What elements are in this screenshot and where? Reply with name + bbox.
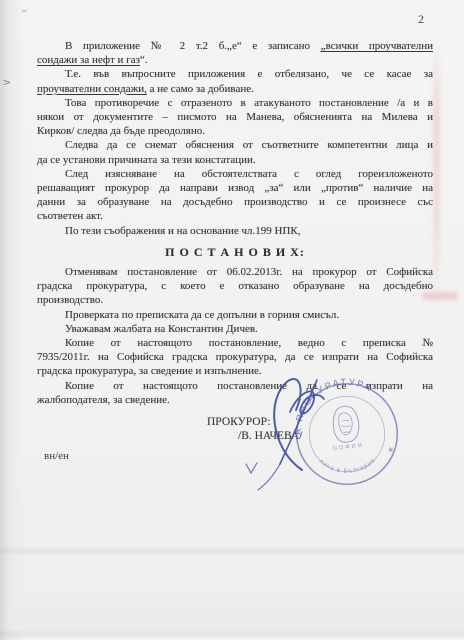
document-paragraph: По тези съображения и на основание чл.19…	[37, 224, 433, 238]
text-segment: а не само за добиване.	[147, 83, 254, 95]
scanned-document-page: ~ > · 2 В приложение № 2 т.2 б.„е“ е зап…	[0, 0, 464, 640]
text-segment: Уважавам жалбата на Константин Дичев.	[65, 323, 258, 335]
underlined-text: „всички проучвателни	[321, 40, 433, 52]
text-segment: В приложение № 2 т.2 б.„е“ е записано	[65, 40, 321, 52]
text-segment: По тези съображения и на основание чл.19…	[65, 225, 301, 237]
paper-crease	[0, 628, 464, 640]
text-segment: Т.е. във въпросните приложения е отбеляз…	[65, 68, 433, 80]
postanovih-heading: П О С Т А Н О В И Х:	[37, 245, 433, 259]
document-paragraph: Следва да се снемат обяснения от съответ…	[37, 138, 433, 166]
text-segment: Следва да се снемат обяснения от съответ…	[65, 139, 433, 151]
text-segment: съответен акт.	[37, 210, 103, 222]
text-segment: Копие от настоящото постановление, ведно…	[65, 337, 433, 349]
typist-initials: вн/ен	[44, 450, 69, 462]
paper-crease	[0, 546, 464, 556]
text-segment: градска прокуратура, за сведение и изпъл…	[37, 365, 262, 377]
text-segment: производство.	[37, 294, 103, 306]
text-segment: някои от документите – писмото на Манева…	[37, 111, 433, 123]
text-segment: Отменявам постановление от 06.02.2013г. …	[65, 266, 433, 278]
scan-artifact: >	[3, 78, 11, 89]
document-paragraph: Проверката по преписката да се допълни в…	[37, 308, 433, 322]
text-segment: градска прокуратура, с което е отказано …	[37, 280, 433, 292]
text-segment: решаващият прокурор да направи извод „за…	[37, 182, 433, 194]
document-body: В приложение № 2 т.2 б.„е“ е записано „в…	[37, 39, 433, 407]
text-segment: да се установи причината за тези констат…	[37, 154, 256, 166]
scan-color-streak	[433, 42, 440, 302]
text-segment: жалбоподателя, за сведение.	[37, 394, 170, 406]
text-segment: Кирков/ следва да бъде преодоляно.	[37, 125, 205, 137]
document-paragraph: Т.е. във въпросните приложения е отбеляз…	[37, 67, 433, 95]
text-segment: “.	[140, 54, 148, 66]
text-segment: Проверката по преписката да се допълни в…	[65, 309, 339, 321]
page-number: 2	[418, 12, 424, 27]
document-paragraph: Отменявам постановление от 06.02.2013г. …	[37, 265, 433, 308]
text-segment: След изясняване на обстоятелствата с огл…	[65, 168, 433, 180]
underlined-text: проучвателни сондажи,	[37, 83, 147, 95]
text-segment: Това противоречие с отразеното в атакува…	[65, 97, 433, 109]
scan-artifact: ~	[20, 5, 28, 16]
text-segment: данни за образуване на досъдебно произво…	[37, 196, 433, 208]
text-segment: 7935/2011г. на Софийска градска прокурат…	[37, 351, 433, 363]
handwritten-signature	[238, 368, 350, 492]
underlined-text: сондажи за нефт и газ	[37, 54, 140, 66]
stamp-divider-star: ✳	[387, 445, 395, 455]
document-paragraph: Това противоречие с отразеното в атакува…	[37, 96, 433, 139]
document-paragraph: Уважавам жалбата на Константин Дичев.	[37, 322, 433, 336]
document-paragraph: След изясняване на обстоятелствата с огл…	[37, 167, 433, 224]
document-paragraph: В приложение № 2 т.2 б.„е“ е записано „в…	[37, 39, 433, 67]
text-segment: П О С Т А Н О В И Х:	[165, 245, 305, 259]
